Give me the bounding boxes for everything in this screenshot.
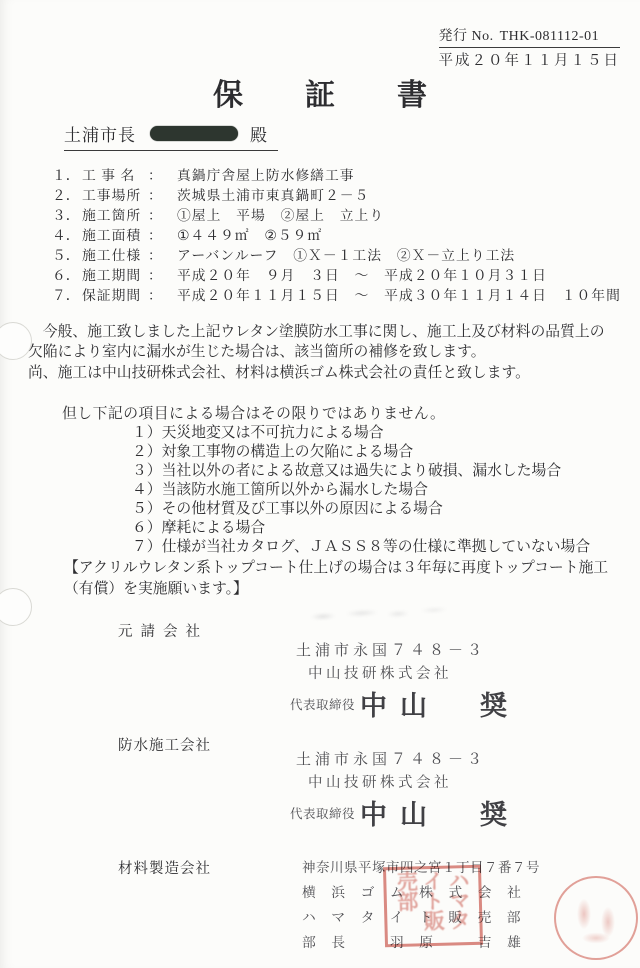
punch-hole-bottom [0, 588, 32, 626]
info-colon: ： [148, 244, 177, 264]
info-colon: ： [148, 164, 177, 184]
info-label: 施工仕様 [82, 244, 148, 264]
issue-number-line: 発行 No.THK-081112-01 [439, 27, 621, 48]
info-label: 施工面積 [82, 224, 148, 244]
square-seal-text: ハマタイト販売部 [393, 869, 473, 943]
info-value: 茨城県土浦市東真鍋町２－５ [177, 184, 369, 204]
info-number: ２． [52, 184, 82, 204]
info-value: ①４４９㎡ ②５９㎡ [177, 224, 322, 244]
info-colon: ： [148, 224, 177, 244]
exception-item: ５）その他材質及び工事以外の原因による場合 [132, 500, 590, 519]
topcoat-note-line1: 【アクリルウレタン系トップコート仕上げの場合は３年毎に再度トップコート施工 [64, 558, 624, 579]
info-row-warranty-period: ７． 保証期間 ： 平成２０年１１月１５日 ～ 平成３０年１１月１４日 １０年間 [52, 284, 621, 304]
info-label: 保証期間 [82, 284, 148, 304]
statement-paragraph: 今般、施工致しました上記ウレタン塗膜防水工事に関し、施工上及び材料の品質上の欠陥… [28, 322, 614, 363]
info-value: 平成２０年 ９月 ３日 ～ 平成２０年１０月３１日 [177, 264, 547, 284]
issue-number-label: 発行 No. [439, 29, 494, 44]
exceptions-heading: 但し下記の項目による場合はその限りではありません。 [62, 402, 445, 423]
document-title: 保 証 書 [0, 70, 640, 114]
ink-smudge [305, 603, 455, 624]
waterproofing-contractor-label: 防水施工会社 [118, 734, 211, 755]
warranty-statement: 今般、施工致しました上記ウレタン塗膜防水工事に関し、施工上及び材料の品質上の欠陥… [28, 322, 614, 383]
info-colon: ： [148, 204, 177, 224]
info-colon: ： [148, 184, 177, 204]
info-row-work-area: ４． 施工面積 ： ①４４９㎡ ②５９㎡ [52, 224, 621, 244]
exception-item: ６）摩耗による場合 [132, 519, 590, 538]
info-row-work-place: ２． 工事場所 ： 茨城県土浦市東真鍋町２－５ [52, 184, 621, 204]
info-value: 真鍋庁舎屋上防水修繕工事 [177, 164, 355, 184]
info-row-work-spec: ５． 施工仕様 ： アーバンルーフ ①Ｘ－１工法 ②Ｘ－立上り工法 [52, 244, 621, 264]
info-number: ５． [52, 244, 82, 264]
info-row-work-period: ６． 施工期間 ： 平成２０年 ９月 ３日 ～ 平成２０年１０月３１日 [52, 264, 621, 284]
signer-name: 中山 奨 [360, 793, 520, 832]
company-address: 土浦市永国７４８－３ [296, 639, 520, 660]
signer-title: 代表取締役 [290, 695, 355, 713]
topcoat-note-line2: （有償）を実施願います。】 [64, 579, 624, 600]
signer-title: 代表取締役 [290, 804, 355, 822]
info-number: ３． [52, 204, 82, 224]
info-value: 平成２０年１１月１５日 ～ 平成３０年１１月１４日 １０年間 [177, 284, 621, 304]
square-company-seal-stamp: ハマタイト販売部 [383, 865, 483, 948]
info-value: ①屋上 平場 ②屋上 立上り [177, 204, 384, 224]
addressee-name: 土浦市長 [64, 121, 136, 146]
prime-contractor-label: 元請会社 [118, 620, 208, 641]
company-name: 中山技研株式会社 [308, 771, 520, 792]
warranty-document-page: 発行 No.THK-081112-01 平成２０年１１月１５日 保 証 書 土浦… [0, 0, 640, 968]
info-label: 工事場所 [82, 184, 148, 204]
material-manufacturer-label: 材料製造会社 [118, 857, 211, 878]
issue-number-value: THK-081112-01 [500, 29, 600, 44]
exception-item: ２）対象工事物の構造上の欠陥による場合 [132, 443, 590, 462]
work-info-list: １． 工 事 名 ： 真鍋庁舎屋上防水修繕工事 ２． 工事場所 ： 茨城県土浦市… [52, 164, 621, 304]
info-colon: ： [148, 264, 177, 284]
exception-item: ３）当社以外の者による故意又は過失により破損、漏水した場合 [132, 462, 590, 481]
issue-date: 平成２０年１１月１５日 [439, 52, 621, 71]
waterproofing-contractor-block: 土浦市永国７４８－３ 中山技研株式会社 代表取締役 中山 奨 [290, 748, 520, 832]
exception-item: １）天災地変又は不可抗力による場合 [132, 424, 590, 443]
info-number: ７． [52, 284, 82, 304]
info-value: アーバンルーフ ①Ｘ－１工法 ②Ｘ－立上り工法 [177, 244, 515, 264]
exception-item: ７）仕様が当社カタログ、ＪＡＳＳ８等の仕様に準拠していない場合 [132, 538, 590, 557]
exceptions-list: １）天災地変又は不可抗力による場合 ２）対象工事物の構造上の欠陥による場合 ３）… [132, 424, 590, 557]
info-row-work-name: １． 工 事 名 ： 真鍋庁舎屋上防水修繕工事 [52, 164, 621, 184]
topcoat-note: 【アクリルウレタン系トップコート仕上げの場合は３年毎に再度トップコート施工 （有… [64, 558, 624, 600]
info-label: 工 事 名 [82, 164, 148, 184]
document-header: 発行 No.THK-081112-01 平成２０年１１月１５日 [439, 27, 621, 71]
company-signer: 代表取締役 中山 奨 [290, 684, 520, 723]
info-label: 施工期間 [82, 264, 148, 284]
statement-responsibility: 尚、施工は中山技研株式会社、材料は横浜ゴム株式会社の責任と致します。 [28, 363, 614, 383]
exception-item: ４）当該防水施工箇所以外から漏水した場合 [132, 481, 590, 500]
info-number: １． [52, 164, 82, 184]
info-row-work-section: ３． 施工箇所 ： ①屋上 平場 ②屋上 立上り [52, 204, 621, 224]
info-colon: ： [148, 284, 177, 304]
round-personal-seal-stamp [554, 876, 638, 960]
info-label: 施工箇所 [82, 204, 148, 224]
company-address: 土浦市永国７４８－３ [296, 748, 520, 769]
addressee-honorific: 殿 [250, 121, 267, 146]
company-name: 中山技研株式会社 [308, 662, 520, 683]
redacted-name-bar [150, 126, 238, 141]
company-signer: 代表取締役 中山 奨 [290, 793, 520, 832]
signer-name: 中山 奨 [360, 684, 520, 723]
addressee-line: 土浦市長 殿 [64, 121, 278, 151]
info-number: ６． [52, 264, 82, 284]
info-number: ４． [52, 224, 82, 244]
prime-contractor-block: 土浦市永国７４８－３ 中山技研株式会社 代表取締役 中山 奨 [290, 639, 520, 723]
